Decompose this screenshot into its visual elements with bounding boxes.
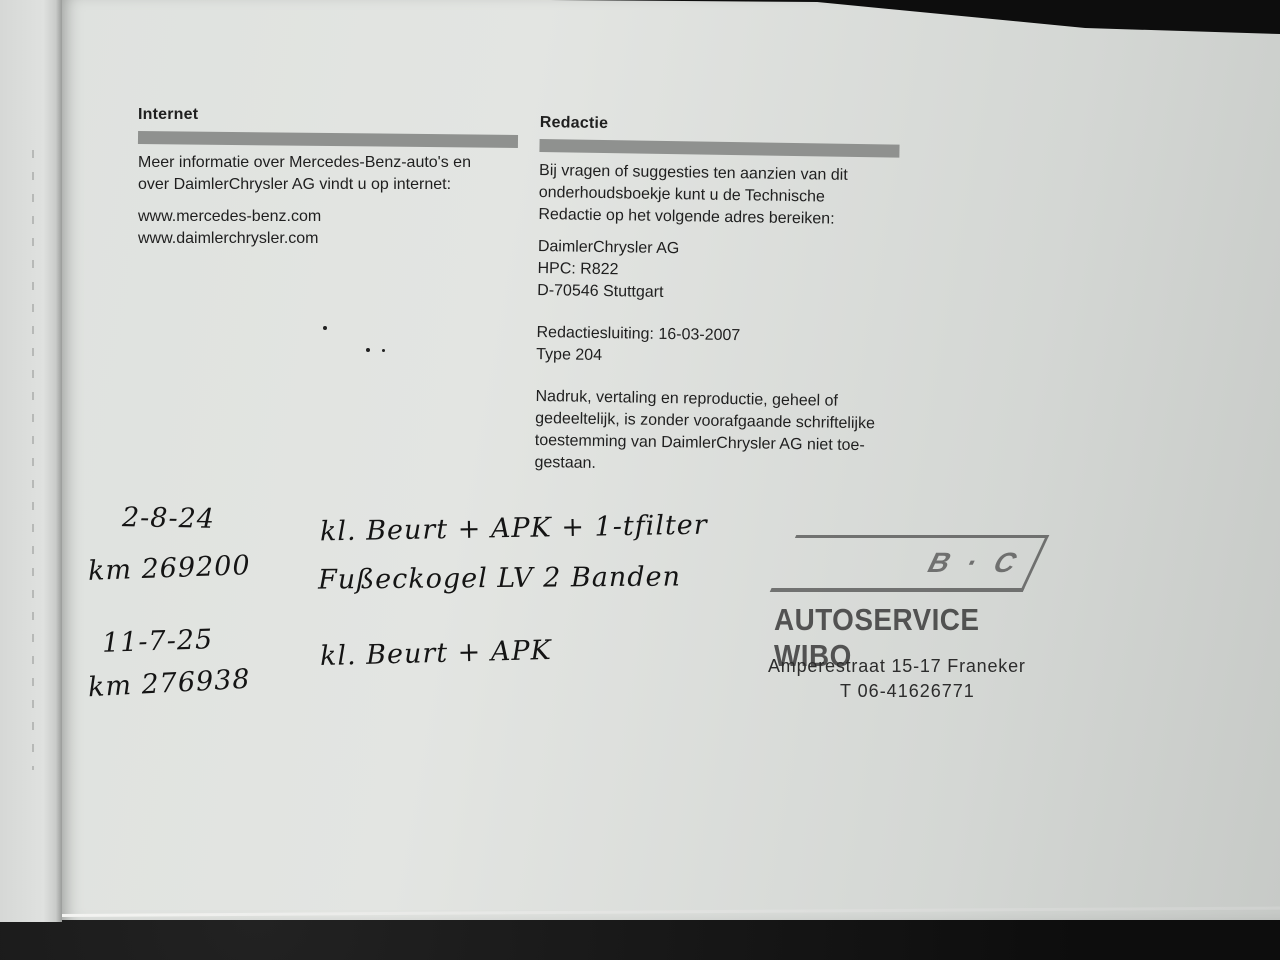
- entry-1-date: 2-8-24: [122, 502, 215, 535]
- internet-section: Internet Meer informatie over Mercedes-B…: [138, 106, 518, 250]
- redactie-intro-line: Redactie op het volgende adres bereiken:: [538, 204, 898, 232]
- section-divider: [539, 139, 899, 158]
- entry-1-work-line2: Fußeckogel LV 2 Banden: [318, 561, 681, 595]
- link-mercedes-benz: www.mercedes-benz.com: [138, 206, 518, 228]
- link-daimlerchrysler: www.daimlerchrysler.com: [138, 228, 518, 250]
- ink-speck: [366, 348, 370, 352]
- redactie-section: Redactie Bij vragen of suggesties ten aa…: [534, 114, 900, 480]
- ink-speck: [323, 326, 327, 330]
- stamp-address: Amperestraat 15-17 Franeker: [768, 656, 1026, 677]
- entry-2-work-line1: kl. Beurt + APK: [320, 635, 552, 672]
- internet-text-line: over DaimlerChrysler AG vindt u op inter…: [138, 174, 518, 196]
- bosch-car-service-logo: BOSCH CAR SERVICEB·C: [770, 535, 1050, 592]
- section-divider: [138, 131, 518, 148]
- internet-heading: Internet: [138, 106, 518, 124]
- previous-page-edge: [0, 0, 62, 922]
- ink-speck: [382, 349, 385, 352]
- stamp-phone: T 06-41626771: [840, 681, 975, 702]
- entry-2-date: 11-7-25: [101, 624, 213, 659]
- entry-1-km: km 269200: [88, 550, 252, 587]
- internet-text-line: Meer informatie over Mercedes-Benz-auto'…: [138, 152, 518, 174]
- perforation-line: [32, 150, 34, 770]
